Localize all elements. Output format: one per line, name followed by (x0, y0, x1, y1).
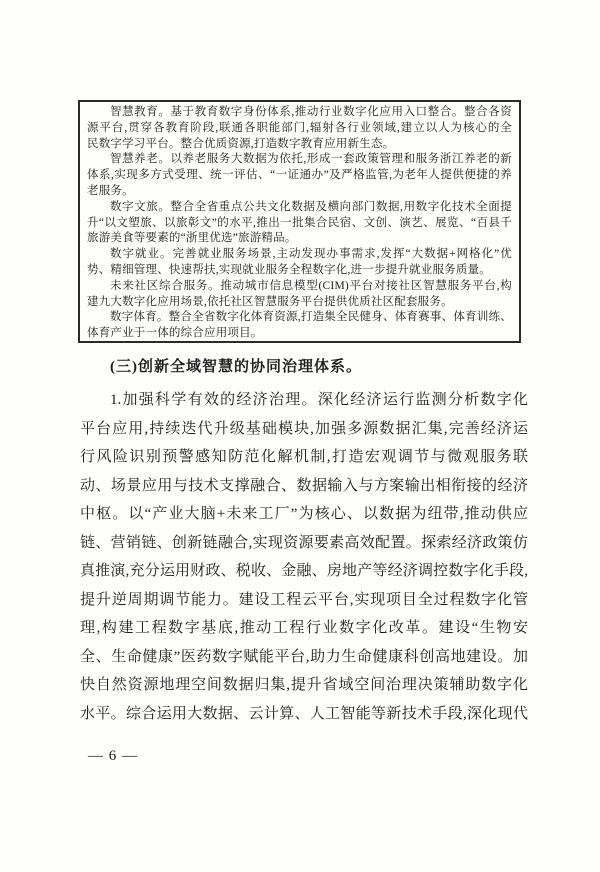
box-line: 数字体育。整合全省数字化体育资源,打造集全民健身、体育赛事、体育训练、 (87, 310, 512, 326)
box-line: 老服务。 (87, 184, 512, 200)
body-line: 真推演,充分运用财政、税收、金融、房地产等经济调控数字化手段, (80, 557, 528, 586)
main-text-column: (三)创新全域智慧的协同治理体系。 1.加强科学有效的经济治理。深化经济运行监测… (80, 353, 528, 728)
body-line: 动、场景应用与技术支撑融合、数据输入与方案输出相衔接的经济 (80, 472, 528, 501)
section-heading: (三)创新全域智慧的协同治理体系。 (80, 353, 528, 382)
body-line: 平台应用,持续迭代升级基础模块,加强多源数据汇集,完善经济运 (80, 415, 528, 444)
box-line: 势、精细管理、快速帮扶,实现就业服务全程数字化,进一步提升就业服务质量。 (87, 263, 512, 279)
box-line: 旅游美食等要素的“浙里优选”旅游精品。 (87, 231, 512, 247)
page-number: — 6 — (88, 745, 138, 767)
box-line: 智慧教育。基于教育数字身份体系,推动行业数字化应用入口整合。整合各资 (87, 105, 512, 121)
box-line: 源平台,贯穿各教育阶段,联通各职能部门,辐射各行业领域,建立以人为核心的全 (87, 121, 512, 137)
box-line: 民数字学习平台。整合优质资源,打造数字教育应用新生态。 (87, 137, 512, 153)
excerpt-box: 智慧教育。基于教育数字身份体系,推动行业数字化应用入口整合。整合各资 源平台,贯… (78, 100, 521, 343)
box-line: 升“以文塑旅、以旅彰文”的水平,推出一批集合民宿、文创、演艺、展览、“百县千碗” (87, 216, 512, 232)
body-line: 全、生命健康”医药数字赋能平台,助力生命健康科创高地建设。加 (80, 643, 528, 672)
body-line: 行风险识别预警感知防范化解机制,打造宏观调节与微观服务联 (80, 443, 528, 472)
body-line: 提升逆周期调节能力。建设工程云平台,实现项目全过程数字化管 (80, 586, 528, 615)
box-line: 未来社区综合服务。推动城市信息模型(CIM)平台对接社区智慧服务平台,构 (87, 279, 512, 295)
box-line: 体系,实现多方式受理、统一评估、“一证通办”及严格监管,为老年人提供便捷的养 (87, 168, 512, 184)
body-line: 中枢。以“产业大脑+未来工厂”为核心、以数据为纽带,推动供应 (80, 500, 528, 529)
body-line: 链、营销链、创新链融合,实现资源要素高效配置。探索经济政策仿 (80, 529, 528, 558)
box-line: 智慧养老。以养老服务大数据为依托,形成一套政策管理和服务浙江养老的新 (87, 152, 512, 168)
body-line: 1.加强科学有效的经济治理。深化经济运行监测分析数字化 (80, 386, 528, 415)
body-line: 快自然资源地理空间数据归集,提升省域空间治理决策辅助数字化 (80, 671, 528, 700)
box-line: 数字就业。完善就业服务场景,主动发现办事需求,发挥“大数据+网格化”优 (87, 247, 512, 263)
box-line: 建九大数字化应用场景,依托社区智慧服务平台提供优质社区配套服务。 (87, 295, 512, 311)
box-line: 体育产业于一体的综合应用项目。 (87, 326, 512, 342)
document-page: 智慧教育。基于教育数字身份体系,推动行业数字化应用入口整合。整合各资 源平台,贯… (0, 0, 600, 872)
box-line: 数字文旅。整合全省重点公共文化数据及横向部门数据,用数字化技术全面提 (87, 200, 512, 216)
body-line: 理,构建工程数字基底,推动工程行业数字化改革。建设“生物安 (80, 614, 528, 643)
body-line: 水平。综合运用大数据、云计算、人工智能等新技术手段,深化现代 (80, 700, 528, 729)
